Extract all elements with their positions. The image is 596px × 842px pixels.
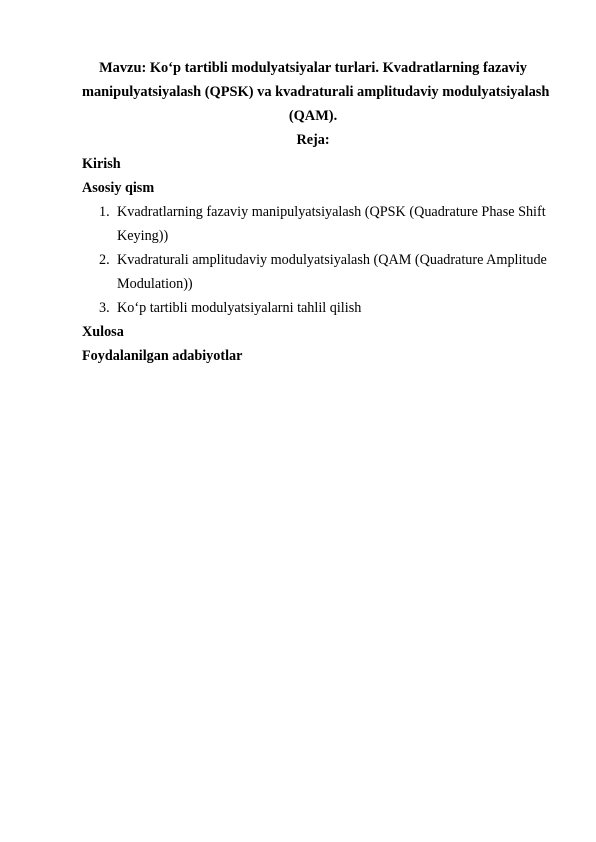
plan-heading: Reja: xyxy=(82,128,544,152)
section-conclusion: Xulosa xyxy=(82,320,544,344)
title-line-3: (QAM). xyxy=(82,104,544,128)
list-item: 3. Ko‘p tartibli modulyatsiyalarni tahli… xyxy=(82,296,544,320)
plan-list: 1. Kvadratlarning fazaviy manipulyatsiya… xyxy=(82,200,544,320)
list-item-text-continued: Modulation)) xyxy=(117,272,544,296)
list-item: 2. Kvadraturali amplitudaviy modulyatsiy… xyxy=(82,248,544,296)
list-item-number: 3. xyxy=(99,296,110,320)
section-references: Foydalanilgan adabiyotlar xyxy=(82,344,544,368)
section-intro: Kirish xyxy=(82,152,544,176)
document-page: Mavzu: Ko‘p tartibli modulyatsiyalar tur… xyxy=(82,56,544,368)
title-line-2: manipulyatsiyalash (QPSK) va kvadratural… xyxy=(82,80,544,104)
list-item-text: Kvadratlarning fazaviy manipulyatsiyalas… xyxy=(117,200,544,224)
section-main: Asosiy qism xyxy=(82,176,544,200)
title-line-1: Mavzu: Ko‘p tartibli modulyatsiyalar tur… xyxy=(82,56,544,80)
list-item-number: 2. xyxy=(99,248,110,272)
list-item-text: Kvadraturali amplitudaviy modulyatsiyala… xyxy=(117,248,544,272)
list-item: 1. Kvadratlarning fazaviy manipulyatsiya… xyxy=(82,200,544,248)
list-item-text: Ko‘p tartibli modulyatsiyalarni tahlil q… xyxy=(117,296,544,320)
list-item-text-continued: Keying)) xyxy=(117,224,544,248)
list-item-number: 1. xyxy=(99,200,110,224)
